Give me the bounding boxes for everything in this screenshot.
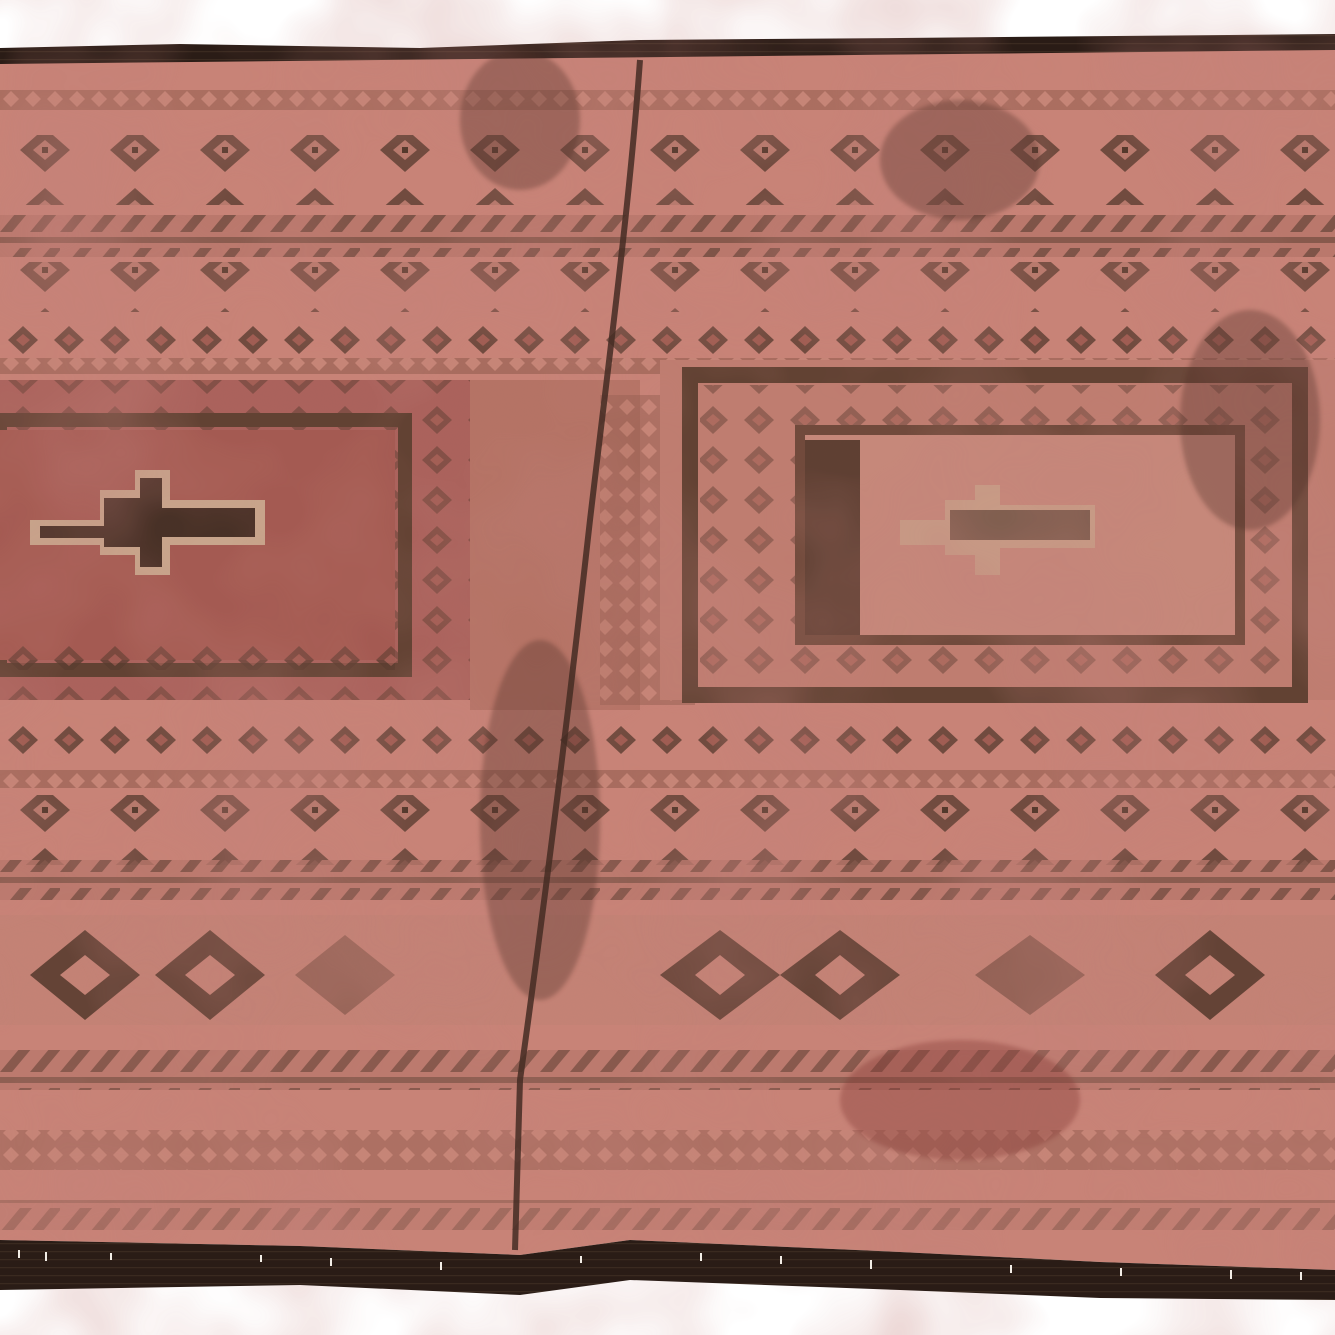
rug-illustration bbox=[0, 0, 1335, 1335]
rug-photograph bbox=[0, 0, 1335, 1335]
